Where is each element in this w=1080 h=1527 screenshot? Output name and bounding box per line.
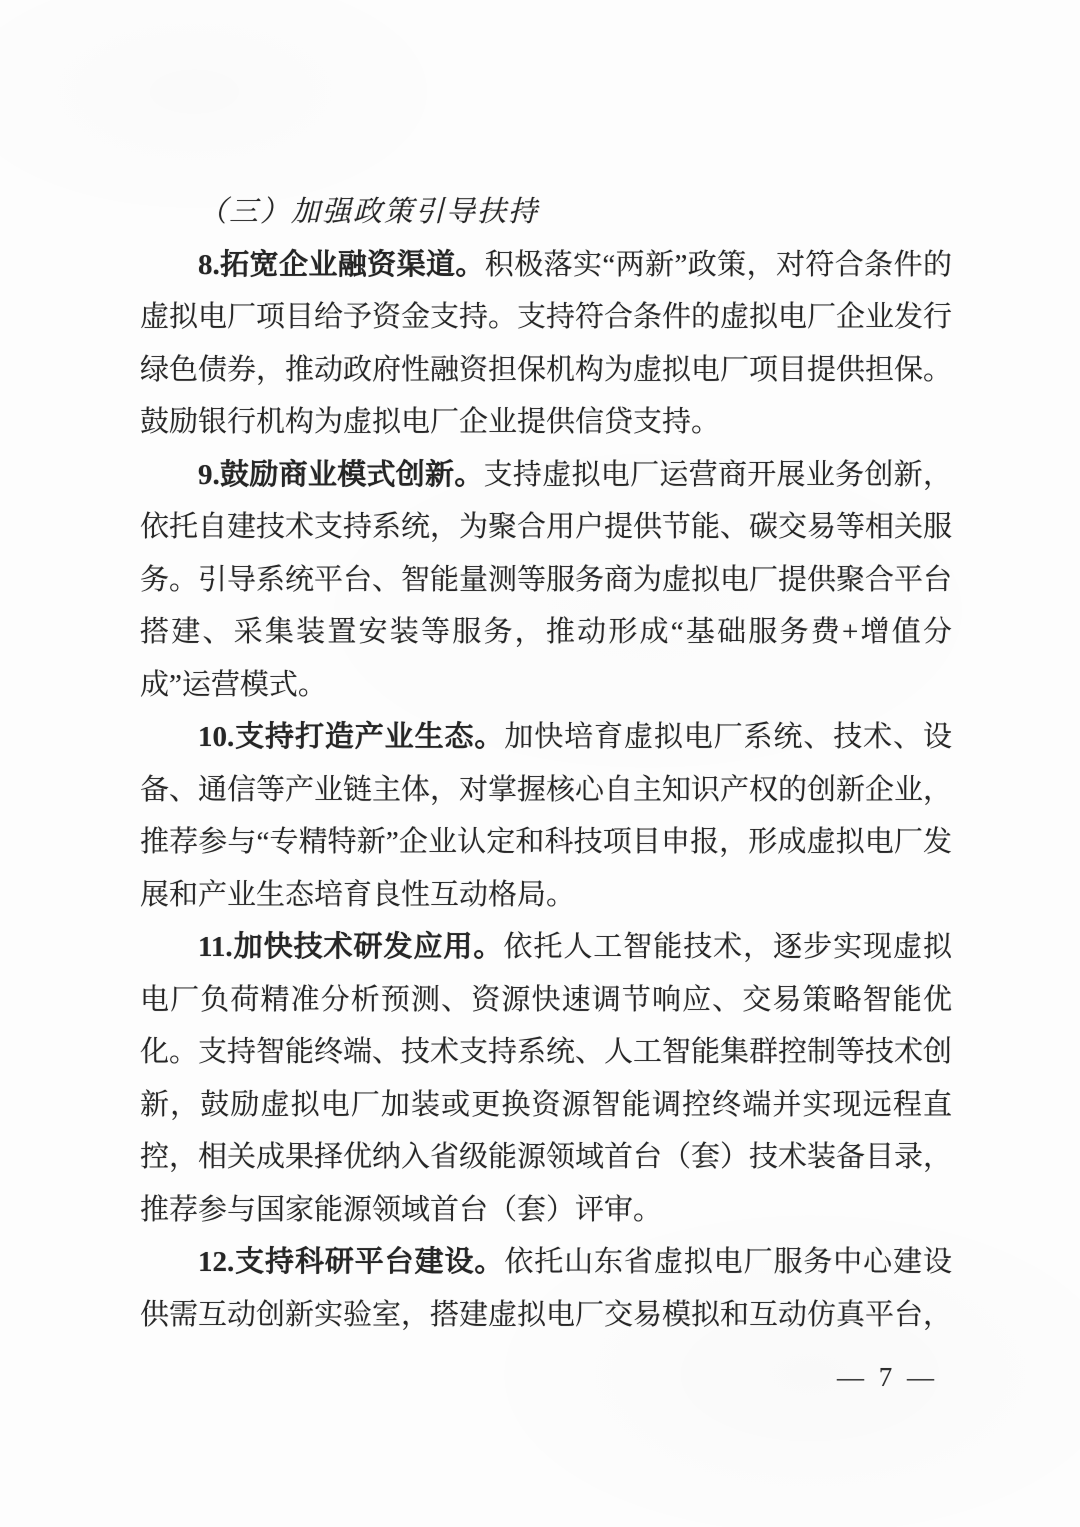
paragraph-9-body: 支持虚拟电厂运营商开展业务创新，依托自建技术支持系统，为聚合用户提供节能、碳交易…	[140, 459, 952, 701]
document-body: （三）加强政策引导扶持 8.拓宽企业融资渠道。积极落实“两新”政策，对符合条件的…	[140, 186, 952, 1341]
paragraph-11: 11.加快技术研发应用。依托人工智能技术，逐步实现虚拟电厂负荷精准分析预测、资源…	[140, 921, 952, 1236]
paragraph-10: 10.支持打造产业生态。加快培育虚拟电厂系统、技术、设备、通信等产业链主体，对掌…	[140, 711, 952, 921]
document-page: （三）加强政策引导扶持 8.拓宽企业融资渠道。积极落实“两新”政策，对符合条件的…	[0, 0, 1080, 1527]
paragraph-11-lead: 11.加快技术研发应用。	[198, 931, 503, 963]
paragraph-9: 9.鼓励商业模式创新。支持虚拟电厂运营商开展业务创新，依托自建技术支持系统，为聚…	[140, 449, 952, 712]
paragraph-11-body: 依托人工智能技术，逐步实现虚拟电厂负荷精准分析预测、资源快速调节响应、交易策略智…	[140, 931, 952, 1226]
paragraph-10-lead: 10.支持打造产业生态。	[198, 721, 504, 753]
paragraph-8-lead: 8.拓宽企业融资渠道。	[198, 249, 485, 281]
paragraph-9-lead: 9.鼓励商业模式创新。	[198, 459, 484, 491]
paragraph-12: 12.支持科研平台建设。依托山东省虚拟电厂服务中心建设供需互动创新实验室，搭建虚…	[140, 1236, 952, 1341]
paragraph-12-lead: 12.支持科研平台建设。	[198, 1246, 504, 1278]
paragraph-8: 8.拓宽企业融资渠道。积极落实“两新”政策，对符合条件的虚拟电厂项目给予资金支持…	[140, 239, 952, 449]
section-heading: （三）加强政策引导扶持	[140, 186, 952, 239]
page-number: — 7 —	[837, 1362, 938, 1393]
